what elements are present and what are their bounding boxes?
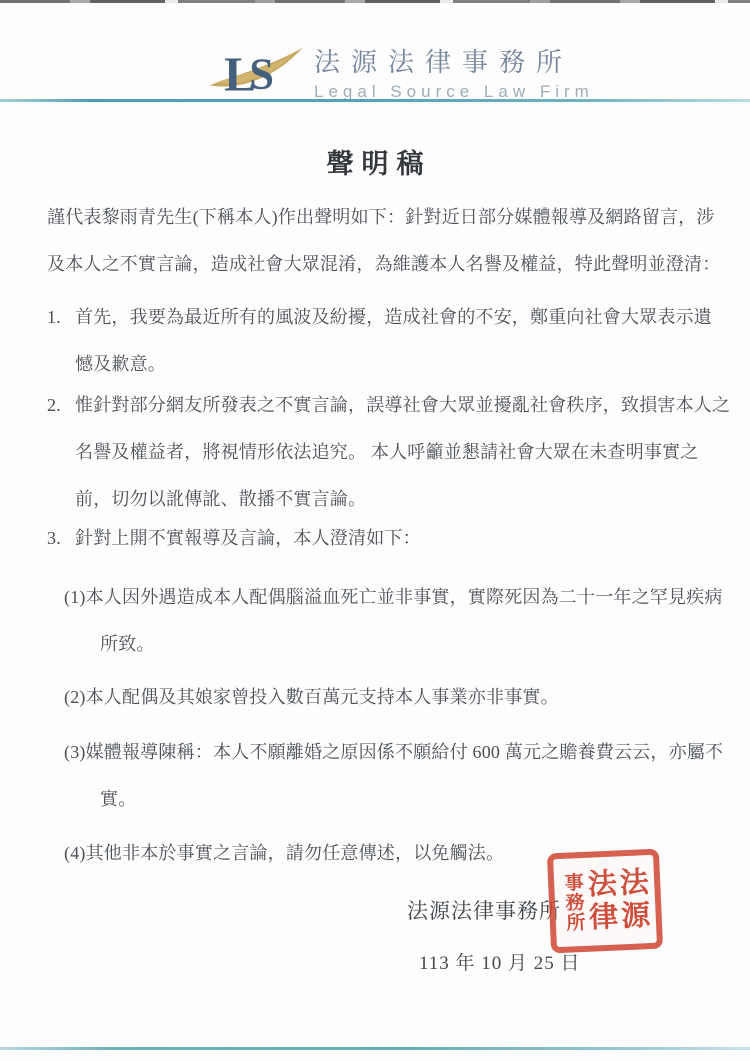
sub-item-2: (2)本人配偶及其娘家曾投入數百萬元支持本人事業亦非事實。	[47, 674, 709, 721]
item-number: 1.	[47, 294, 75, 388]
list-item-1: 1. 首先，我要為最近所有的風波及紛擾，造成社會的不安，鄭重向社會大眾表示遺 憾…	[47, 294, 709, 388]
document-title: 聲明稿	[0, 142, 750, 181]
statement-document-page: L S 法源法律事務所 Legal Source Law Firm 聲明稿 謹代…	[0, 0, 750, 1061]
sub-item-number: (2)	[64, 687, 86, 707]
sub-item-continuation: 所致。	[64, 621, 709, 668]
law-firm-logo-icon: L S	[208, 40, 306, 102]
sub-item-3: (3)媒體報導陳稱：本人不願離婚之原因係不願給付 600 萬元之贍養費云云，亦屬…	[47, 729, 709, 823]
letterhead: L S 法源法律事務所 Legal Source Law Firm	[0, 38, 750, 100]
sub-item-number: (4)	[64, 843, 86, 863]
intro-line: 謹代表黎雨青先生(下稱本人)作出聲明如下：針對近日部分媒體報導及網路留言，涉	[47, 194, 709, 241]
signature-firm-name: 法源法律事務所	[407, 895, 561, 925]
list-item-2: 2. 惟針對部分網友所發表之不實言論，誤導社會大眾並擾亂社會秩序，致損害本人之 …	[47, 382, 709, 523]
sub-item-first-line: (1)本人因外遇造成本人配偶腦溢血死亡並非事實，實際死因為二十一年之罕見疾病	[64, 574, 709, 621]
item-text: 針對上開不實報導及言論，本人澄清如下：	[75, 515, 421, 562]
sub-item-number: (1)	[64, 587, 86, 607]
sub-item-number: (3)	[64, 742, 86, 762]
seal-column-left: 事務所	[562, 872, 584, 933]
scan-artifact-line	[0, 0, 750, 3]
sub-item-first-line: (2)本人配偶及其娘家曾投入數百萬元支持本人事業亦非事實。	[64, 674, 709, 721]
seal-text: 事務所 法律 法源	[562, 866, 648, 936]
firm-name-block: 法源法律事務所 Legal Source Law Firm	[314, 42, 594, 102]
item-text: 首先，我要為最近所有的風波及紛擾，造成社會的不安，鄭重向社會大眾表示遺 憾及歉意…	[75, 294, 712, 388]
item-number: 2.	[47, 382, 75, 523]
seal-column-middle: 法律	[584, 868, 616, 935]
item-text: 惟針對部分網友所發表之不實言論，誤導社會大眾並擾亂社會秩序，致損害本人之 名譽及…	[75, 382, 730, 523]
intro-paragraph: 謹代表黎雨青先生(下稱本人)作出聲明如下：針對近日部分媒體報導及網路留言，涉 及…	[47, 194, 709, 288]
header-divider-line	[0, 99, 750, 102]
statement-body: 謹代表黎雨青先生(下稱本人)作出聲明如下：針對近日部分媒體報導及網路留言，涉 及…	[47, 194, 709, 877]
seal-column-right: 法源	[616, 866, 648, 933]
sub-item-continuation: 實。	[64, 776, 709, 823]
sub-item-1: (1)本人因外遇造成本人配偶腦溢血死亡並非事實，實際死因為二十一年之罕見疾病 所…	[47, 574, 709, 668]
logo-monogram-S: S	[249, 48, 274, 98]
law-firm-seal-stamp: 事務所 法律 法源	[547, 849, 663, 954]
sub-item-first-line: (3)媒體報導陳稱：本人不願離婚之原因係不願給付 600 萬元之贍養費云云，亦屬…	[64, 729, 709, 776]
firm-name-zh: 法源法律事務所	[314, 42, 594, 79]
statement-date: 113 年 10 月 25 日	[419, 948, 581, 975]
intro-line: 及本人之不實言論，造成社會大眾混淆，為維護本人名譽及權益，特此聲明並澄清：	[47, 241, 709, 288]
item-number: 3.	[47, 515, 75, 562]
footer-divider-line	[0, 1047, 750, 1050]
